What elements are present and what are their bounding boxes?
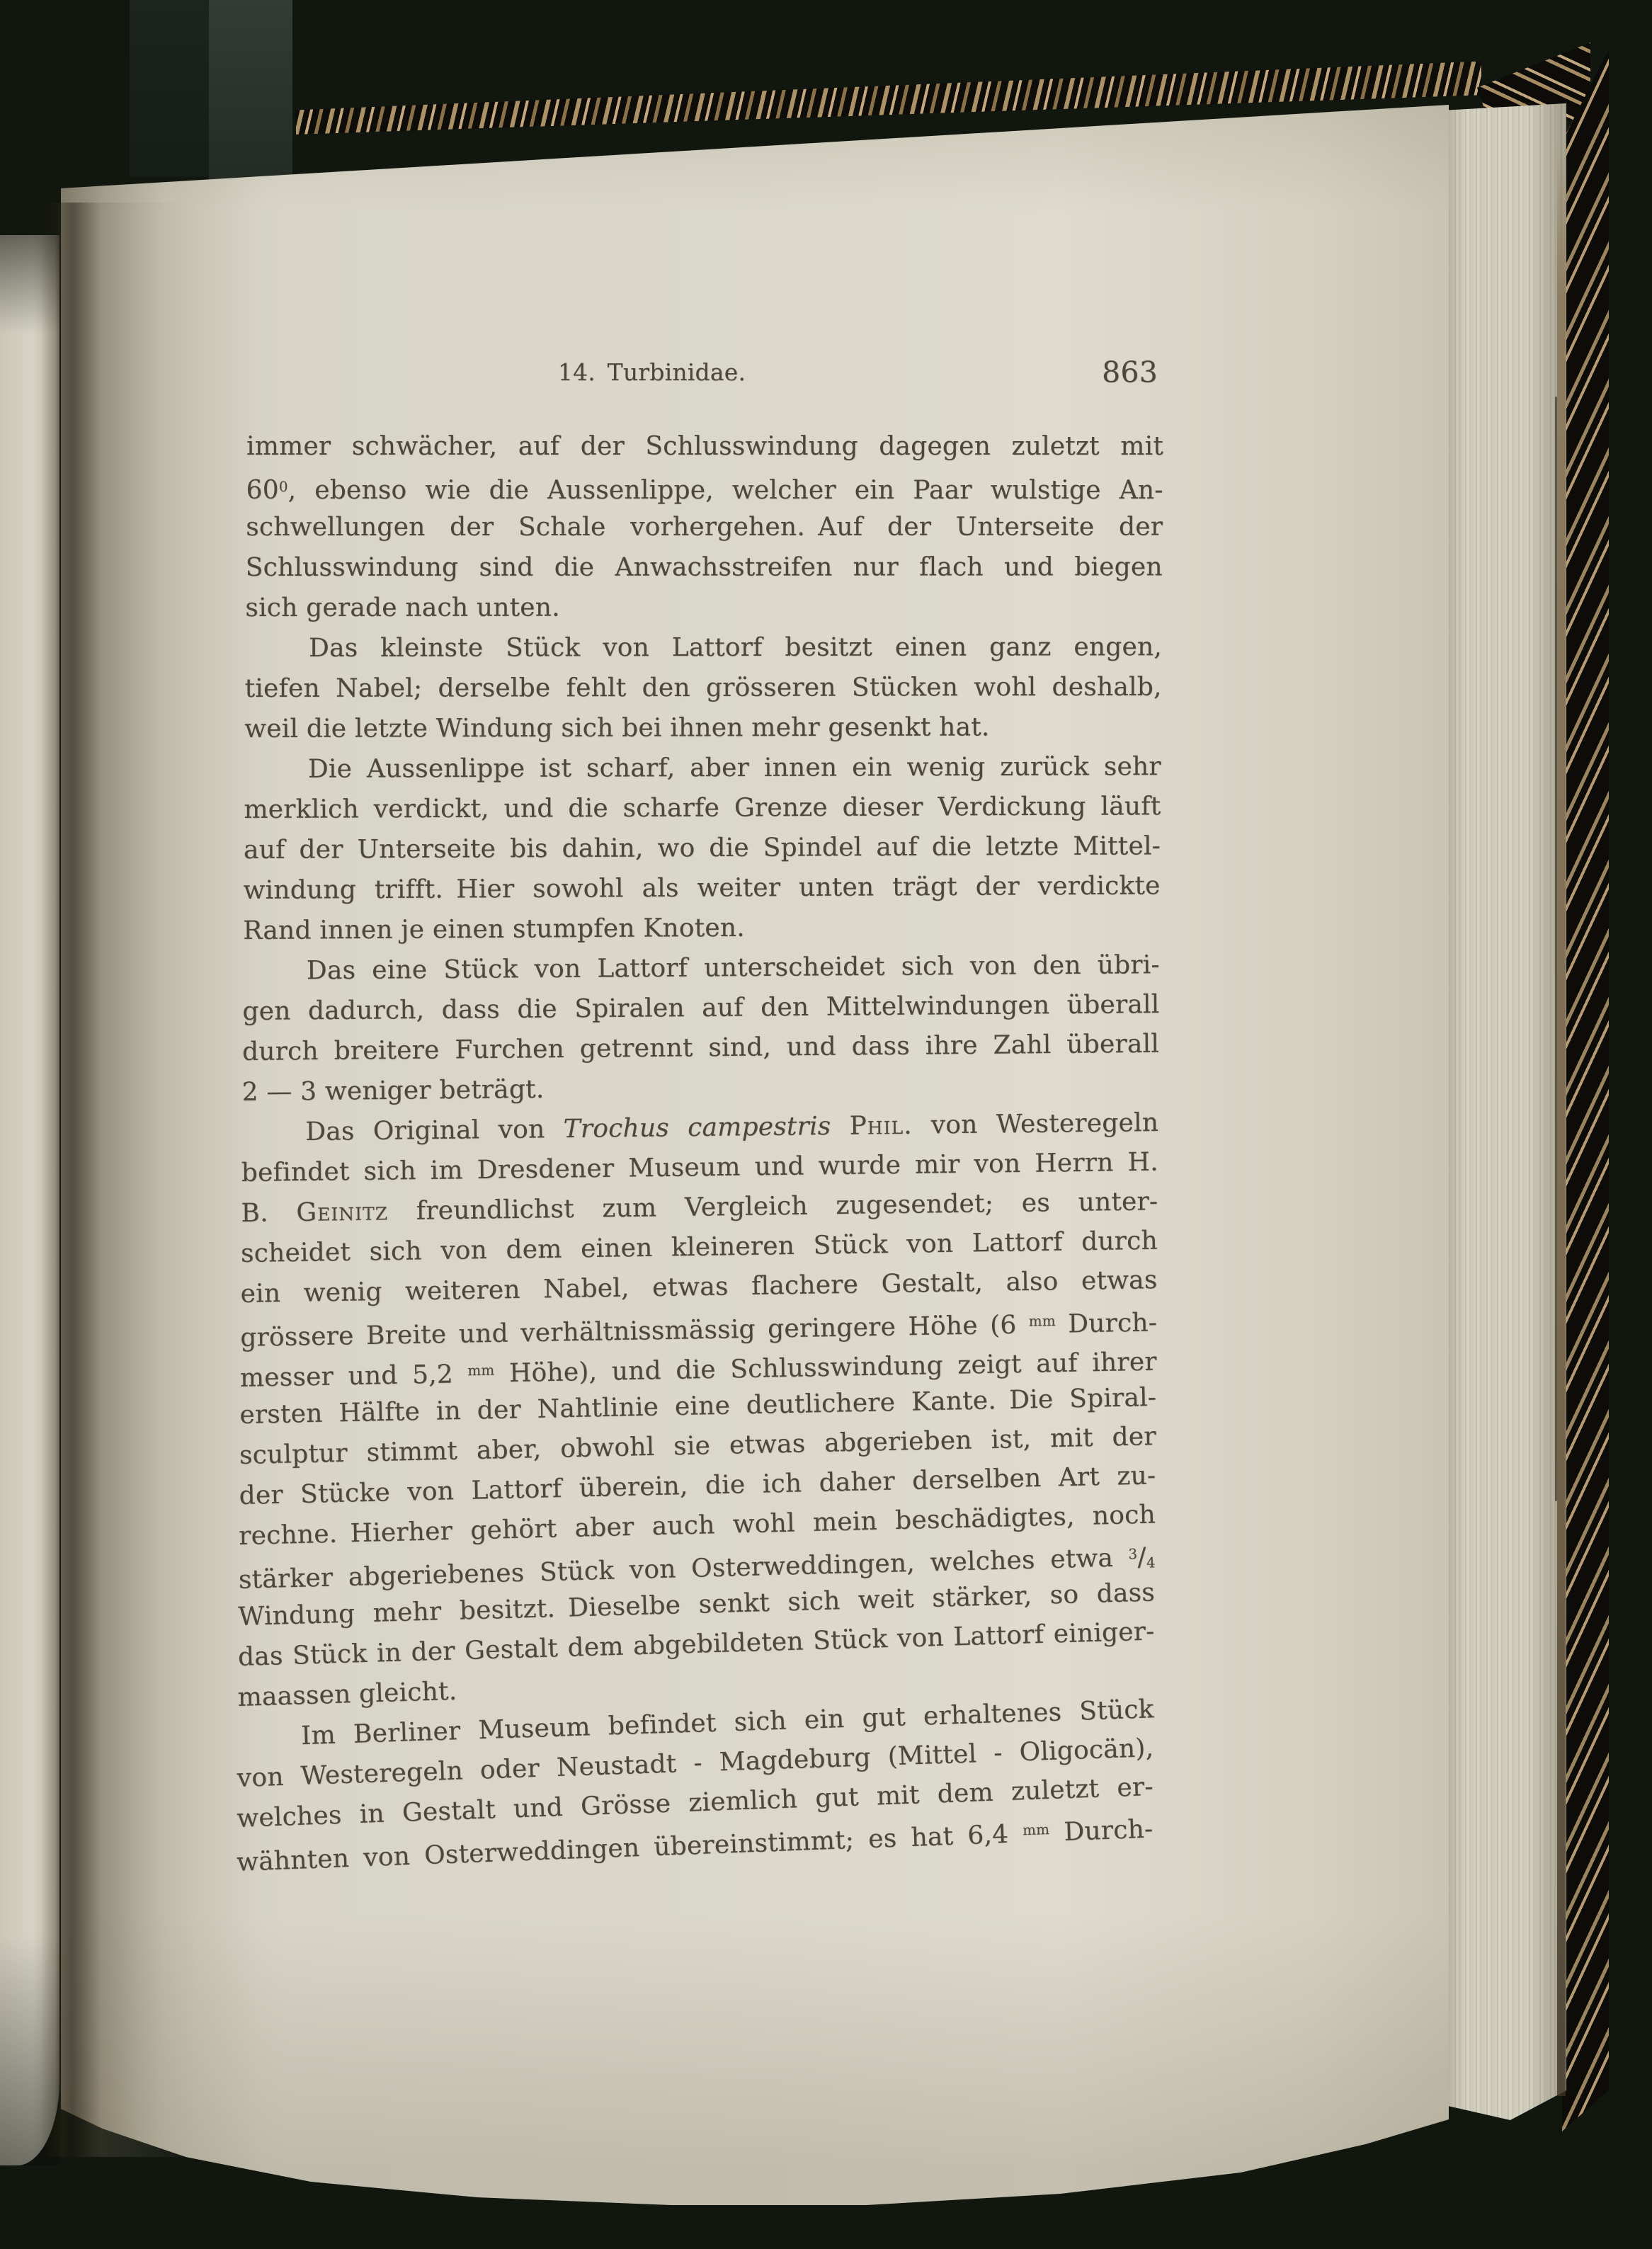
- text-segment: befindet sich im Dresdener Museum und wu…: [241, 1148, 1158, 1188]
- text-segment: , ebenso wie die Aussenlippe, welcher ei…: [288, 476, 1163, 505]
- page-header: 14. Turbinidae. 863: [246, 353, 1163, 392]
- text-line: auf der Unterseite bis dahin, wo die Spi…: [244, 826, 1161, 870]
- text-segment: weil die letzte Windung sich bei ihnen m…: [244, 712, 989, 744]
- text-line: Das eine Stück von Lattorf unterscheidet…: [243, 945, 1160, 991]
- text-line: windung trifft. Hier sowohl als weiter u…: [243, 865, 1160, 911]
- text-segment: freundlichst zum Vergleich zugesendet; e…: [388, 1187, 1158, 1226]
- text-line: sich gerade nach unten.: [245, 587, 1162, 628]
- page-number: 863: [1102, 353, 1158, 392]
- text-segment: 3: [1128, 1546, 1137, 1562]
- text-segment: mm: [1022, 1821, 1050, 1838]
- text-segment: merklich verdickt, und die scharfe Grenz…: [244, 792, 1161, 824]
- fore-edge-groove: [1555, 397, 1557, 1501]
- text-segment: Rand innen je einen stumpfen Knoten.: [243, 913, 745, 945]
- marbled-cover-edge: [1562, 50, 1609, 2131]
- text-segment: gen dadurch, dass die Spiralen auf den M…: [242, 990, 1159, 1026]
- text-segment: mm: [467, 1362, 494, 1379]
- text-segment: 0: [279, 479, 288, 495]
- left-facing-page: [0, 235, 59, 2165]
- text-line: tiefen Nabel; derselbe fehlt den grösser…: [245, 667, 1162, 709]
- text-line: immer schwächer, auf der Schlusswindung …: [246, 426, 1163, 467]
- text-segment: mm: [1029, 1313, 1056, 1330]
- text-segment: durch breitere Furchen getrennt sind, un…: [242, 1030, 1159, 1066]
- text-segment: messer und 5,2: [240, 1360, 468, 1393]
- text-line: Schlusswindung sind die Anwachsstreifen …: [246, 547, 1163, 588]
- text-segment: 2 — 3 weniger beträgt.: [241, 1075, 544, 1107]
- text-line: 600, ebenso wie die Aussenlippe, welcher…: [246, 467, 1163, 507]
- text-segment: Das kleinste Stück von Lattorf besitzt e…: [309, 632, 1162, 663]
- text-segment: Schlusswindung sind die Anwachsstreifen …: [246, 552, 1163, 582]
- text-line: Die Aussenlippe ist scharf, aber innen e…: [244, 746, 1161, 790]
- cover-board-edge: [1557, 142, 1566, 2096]
- spine-highlight-band: [209, 0, 292, 181]
- text-segment: schwellungen der Schale vorhergehen. Auf…: [246, 513, 1163, 542]
- text-segment: tiefen Nabel; derselbe fehlt den grösser…: [245, 673, 1162, 703]
- book-photo: { "colors": { "background": "#11160f", "…: [0, 0, 1652, 2249]
- text-segment: Durch-: [1049, 1814, 1154, 1847]
- text-segment: windung trifft. Hier sowohl als weiter u…: [243, 871, 1160, 905]
- text-segment: maassen gleicht.: [237, 1677, 457, 1712]
- text-line: merklich verdickt, und die scharfe Grenz…: [244, 786, 1161, 830]
- text-line: Rand innen je einen stumpfen Knoten.: [243, 905, 1160, 951]
- text-segment: Die Aussenlippe ist scharf, aber innen e…: [308, 752, 1161, 784]
- text-segment: sich gerade nach unten.: [245, 593, 559, 622]
- text-segment: von Westeregeln: [912, 1108, 1158, 1140]
- text-segment: B.: [241, 1198, 297, 1228]
- text-segment: 4: [1146, 1554, 1156, 1571]
- text-line: weil die letzte Windung sich bei ihnen m…: [244, 707, 1161, 749]
- text-segment: Das eine Stück von Lattorf unterscheidet…: [307, 950, 1160, 985]
- body-text: immer schwächer, auf der Schlusswindung …: [246, 426, 1163, 1879]
- author-name: Geinitz: [296, 1197, 388, 1227]
- text-segment: 60: [246, 476, 279, 505]
- book-page: 14. Turbinidae. 863 immer schwächer, auf…: [61, 105, 1449, 2209]
- fore-edge-page-stack: [1442, 103, 1566, 2120]
- text-segment: auf der Unterseite bis dahin, wo die Spi…: [244, 831, 1161, 865]
- author-name: Phil.: [849, 1111, 912, 1141]
- species-name: Trochus campestris: [563, 1112, 831, 1144]
- text-line: Das kleinste Stück von Lattorf besitzt e…: [245, 627, 1162, 668]
- text-segment: immer schwächer, auf der Schlusswindung …: [246, 432, 1163, 461]
- spine-shadow-band: [130, 0, 209, 177]
- text-line: schwellungen der Schale vorhergehen. Auf…: [246, 507, 1163, 547]
- text-segment: Durch-: [1055, 1308, 1157, 1338]
- text-segment: Das Original von: [305, 1115, 564, 1146]
- section-title: 14. Turbinidae.: [246, 353, 1057, 392]
- text-segment: /: [1137, 1543, 1146, 1572]
- text-segment: [831, 1112, 850, 1141]
- text-block: 14. Turbinidae. 863 immer schwächer, auf…: [246, 353, 1163, 1879]
